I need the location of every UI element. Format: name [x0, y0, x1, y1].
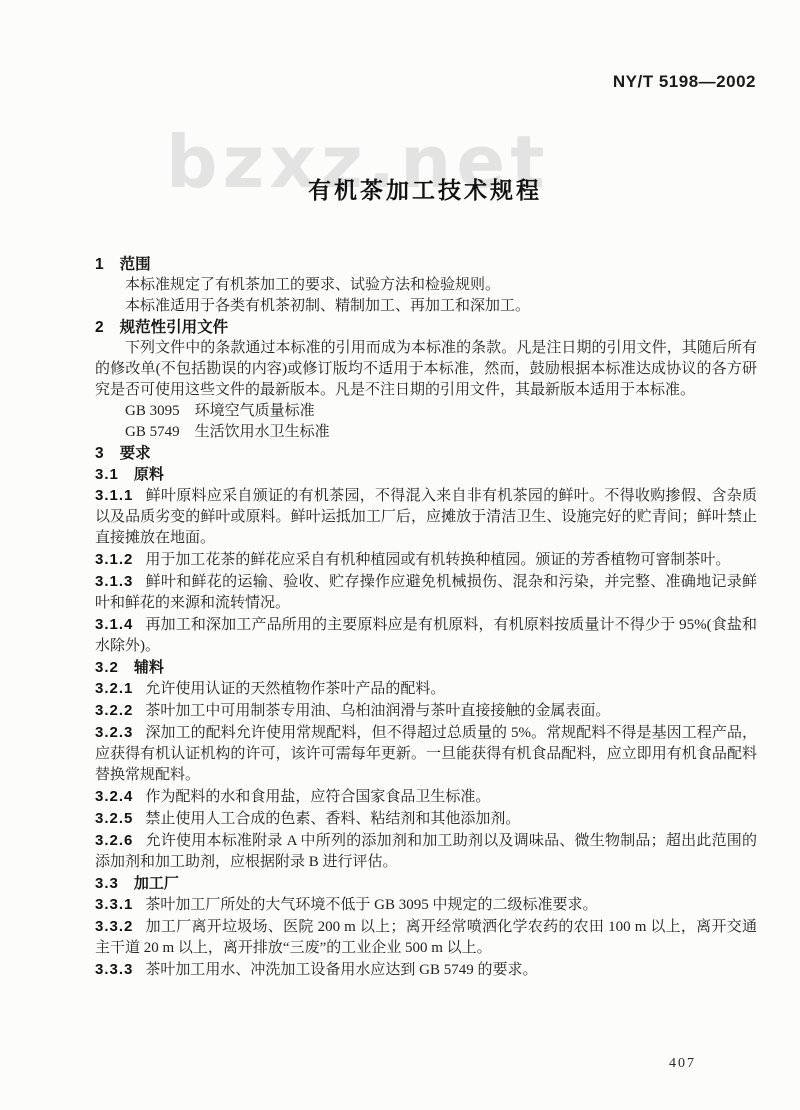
clause-text: 下列文件中的条款通过本标准的引用而成为本标准的条款。凡是注日期的引用文件，其随后…	[95, 340, 757, 398]
clause-text: 加工厂	[134, 875, 179, 892]
clause-text: 茶叶加工厂所处的大气环境不低于 GB 3095 中规定的二级标准要求。	[145, 897, 597, 913]
clause-text: 要求	[120, 445, 151, 462]
clause-paragraph: 3.3.3茶叶加工用水、冲洗加工设备用水应达到 GB 5749 的要求。	[95, 959, 757, 981]
clause-paragraph: 3.3.1茶叶加工厂所处的大气环境不低于 GB 3095 中规定的二级标准要求。	[95, 894, 757, 916]
section-heading: 1范围	[95, 254, 757, 275]
clause-text: 允许使用本标准附录 A 中所列的添加剂和加工助剂以及调味品、微生物制品；超出此范…	[95, 833, 757, 870]
clause-number: 3	[95, 445, 105, 462]
clause-text: 范围	[120, 256, 151, 273]
clause-number: 3.1	[95, 466, 119, 483]
paragraph: 下列文件中的条款通过本标准的引用而成为本标准的条款。凡是注日期的引用文件，其随后…	[95, 338, 757, 401]
clause-number: 3.2	[95, 659, 119, 676]
clause-paragraph: 3.2.5禁止使用人工合成的色素、香料、粘结剂和其他添加剂。	[95, 808, 757, 830]
reference-item: GB 3095 环境空气质量标准	[95, 401, 757, 422]
clause-paragraph: 3.1.2用于加工花茶的鲜花应采自有机种植园或有机转换种植园。颁证的芳香植物可窨…	[95, 549, 757, 571]
clause-text: 规范性引用文件	[120, 319, 229, 336]
section-heading: 2规范性引用文件	[95, 317, 757, 338]
clause-number: 3.1.1	[95, 487, 133, 504]
clause-text: 允许使用认证的天然植物作茶叶产品的配料。	[145, 681, 445, 697]
clause-number: 3.3	[95, 875, 119, 892]
clause-paragraph: 3.1.3鲜叶和鲜花的运输、验收、贮存操作应避免机械损伤、混杂和污染，并完整、准…	[95, 571, 757, 614]
clause-number: 3.1.3	[95, 573, 133, 590]
document-body: 1范围本标准规定了有机茶加工的要求、试验方法和检验规则。本标准适用于各类有机茶初…	[95, 252, 757, 981]
clause-text: 作为配料的水和食用盐，应符合国家食品卫生标准。	[145, 789, 490, 805]
clause-number: 3.1.4	[95, 616, 133, 633]
clause-number: 1	[95, 256, 105, 273]
clause-number: 3.2.4	[95, 788, 133, 805]
clause-paragraph: 3.2.1允许使用认证的天然植物作茶叶产品的配料。	[95, 678, 757, 700]
clause-text: 辅料	[134, 659, 164, 676]
clause-number: 3.1.2	[95, 551, 133, 568]
clause-text: 茶叶加工用水、冲洗加工设备用水应达到 GB 5749 的要求。	[145, 962, 537, 978]
standard-number: NY/T 5198—2002	[613, 72, 756, 92]
clause-text: 加工厂离开垃圾场、医院 200 m 以上；离开经常喷洒化学农药的农田 100 m…	[95, 919, 757, 956]
page-title: 有机茶加工技术规程	[95, 172, 755, 205]
clause-paragraph: 3.2.6允许使用本标准附录 A 中所列的添加剂和加工助剂以及调味品、微生物制品…	[95, 830, 757, 873]
clause-number: 3.3.2	[95, 918, 133, 935]
clause-text: 再加工和深加工产品所用的主要原料应是有机原料，有机原料按质量计不得少于 95%(…	[95, 617, 757, 654]
clause-number: 3.3.3	[95, 961, 133, 978]
clause-text: 茶叶加工中可用制茶专用油、乌桕油润滑与茶叶直接接触的金属表面。	[145, 703, 610, 719]
clause-text: GB 5749 生活饮用水卫生标准	[125, 424, 330, 440]
clause-number: 3.3.1	[95, 896, 133, 913]
paragraph: 本标准适用于各类有机茶初制、精制加工、再加工和深加工。	[95, 296, 757, 317]
clause-text: 禁止使用人工合成的色素、香料、粘结剂和其他添加剂。	[145, 811, 520, 827]
document-page: NY/T 5198—2002 bzxz.net 有机茶加工技术规程 1范围本标准…	[0, 0, 800, 1110]
clause-number: 2	[95, 319, 105, 336]
clause-paragraph: 3.3.2加工厂离开垃圾场、医院 200 m 以上；离开经常喷洒化学农药的农田 …	[95, 916, 757, 959]
clause-text: 鲜叶和鲜花的运输、验收、贮存操作应避免机械损伤、混杂和污染，并完整、准确地记录鲜…	[95, 574, 757, 611]
clause-paragraph: 3.1.1鲜叶原料应采自颁证的有机茶园，不得混入来自非有机茶园的鲜叶。不得收购掺…	[95, 485, 757, 549]
paragraph: 本标准规定了有机茶加工的要求、试验方法和检验规则。	[95, 275, 757, 296]
clause-number: 3.2.2	[95, 702, 133, 719]
clause-text: 原料	[134, 466, 164, 483]
section-heading: 3要求	[95, 443, 757, 464]
clause-paragraph: 3.2.4作为配料的水和食用盐，应符合国家食品卫生标准。	[95, 786, 757, 808]
clause-text: 本标准规定了有机茶加工的要求、试验方法和检验规则。	[125, 277, 500, 293]
clause-paragraph: 3.2.3深加工的配料允许使用常规配料，但不得超过总质量的 5%。常规配料不得是…	[95, 722, 757, 786]
clause-number: 3.2.1	[95, 680, 133, 697]
subsection-heading: 3.3加工厂	[95, 873, 757, 894]
clause-paragraph: 3.2.2茶叶加工中可用制茶专用油、乌桕油润滑与茶叶直接接触的金属表面。	[95, 700, 757, 722]
clause-text: 用于加工花茶的鲜花应采自有机种植园或有机转换种植园。颁证的芳香植物可窨制茶叶。	[145, 552, 730, 568]
clause-text: GB 3095 环境空气质量标准	[125, 403, 315, 419]
clause-number: 3.2.3	[95, 724, 133, 741]
reference-item: GB 5749 生活饮用水卫生标准	[95, 422, 757, 443]
clause-number: 3.2.5	[95, 810, 133, 827]
clause-paragraph: 3.1.4再加工和深加工产品所用的主要原料应是有机原料，有机原料按质量计不得少于…	[95, 614, 757, 657]
clause-number: 3.2.6	[95, 832, 133, 849]
clause-text: 鲜叶原料应采自颁证的有机茶园，不得混入来自非有机茶园的鲜叶。不得收购掺假、含杂质…	[95, 488, 757, 546]
clause-text: 深加工的配料允许使用常规配料，但不得超过总质量的 5%。常规配料不得是基因工程产…	[95, 725, 757, 783]
page-number: 407	[669, 1056, 696, 1072]
clause-text: 本标准适用于各类有机茶初制、精制加工、再加工和深加工。	[125, 298, 530, 314]
subsection-heading: 3.1原料	[95, 464, 757, 485]
subsection-heading: 3.2辅料	[95, 657, 757, 678]
